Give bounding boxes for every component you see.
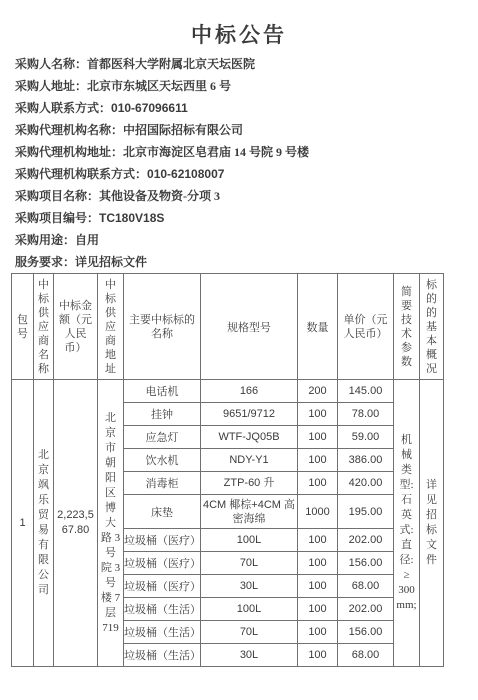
- purchase-use-value: 自用: [75, 233, 99, 247]
- supplier-name-cell: 北 京 飒 乐 贸 易 有 限 公 司: [34, 380, 54, 667]
- spec-cell: 30L: [201, 644, 298, 667]
- buyer-name-line: 采购人名称：首都医科大学附属北京天坛医院: [15, 53, 478, 75]
- service-requirements-line: 服务要求：详见招标文件: [15, 251, 478, 273]
- service-requirements-label: 服务要求：: [15, 255, 75, 269]
- announcement-page: 中标公告 采购人名称：首都医科大学附属北京天坛医院 采购人地址：北京市东城区天坛…: [0, 0, 478, 700]
- spec-cell: 166: [201, 380, 298, 403]
- price-cell: 195.00: [338, 495, 394, 529]
- price-cell: 145.00: [338, 380, 394, 403]
- col-header-quantity: 数量: [298, 274, 338, 380]
- buyer-contact-line: 采购人联系方式：010-67096611: [15, 97, 478, 119]
- buyer-address-value: 北京市东城区天坛西里 6 号: [87, 79, 231, 93]
- project-number-label: 采购项目编号：: [15, 211, 99, 225]
- col-header-item-name: 主要中标标的 名称: [124, 274, 201, 380]
- spec-cell: 100L: [201, 598, 298, 621]
- item-name-cell: 床垫: [124, 495, 201, 529]
- price-cell: 156.00: [338, 552, 394, 575]
- col-header-supplier-name: 中 标 供 应 商 名 称: [34, 274, 54, 380]
- item-name-cell: 垃圾桶（生活）: [124, 598, 201, 621]
- agency-contact-label: 采购代理机构联系方式：: [15, 167, 147, 181]
- project-name-value: 其他设备及物资-分项 3: [99, 189, 220, 203]
- qty-cell: 100: [298, 449, 338, 472]
- project-name-line: 采购项目名称：其他设备及物资-分项 3: [15, 185, 478, 207]
- tech-params-cell: 机 械 类 型: 石 英 式: 直 径: ≥ 300 mm;: [394, 380, 420, 667]
- project-number-value: TC180V18S: [99, 211, 164, 225]
- qty-cell: 100: [298, 403, 338, 426]
- price-cell: 68.00: [338, 575, 394, 598]
- buyer-address-line: 采购人地址：北京市东城区天坛西里 6 号: [15, 75, 478, 97]
- agency-address-line: 采购代理机构地址：北京市海淀区皂君庙 14 号院 9 号楼: [15, 141, 478, 163]
- item-name-cell: 垃圾桶（生活）: [124, 644, 201, 667]
- service-requirements-value: 详见招标文件: [75, 255, 147, 269]
- col-header-spec-model: 规格型号: [201, 274, 298, 380]
- agency-name-line: 采购代理机构名称：中招国际招标有限公司: [15, 119, 478, 141]
- qty-cell: 100: [298, 472, 338, 495]
- col-header-package-no: 包 号: [12, 274, 34, 380]
- purchase-use-line: 采购用途：自用: [15, 229, 478, 251]
- project-name-label: 采购项目名称：: [15, 189, 99, 203]
- agency-address-value: 北京市海淀区皂君庙 14 号院 9 号楼: [123, 145, 309, 159]
- overview-cell: 详 见 招 标 文 件: [420, 380, 444, 667]
- price-cell: 68.00: [338, 644, 394, 667]
- table-row: 1 北 京 飒 乐 贸 易 有 限 公 司 2,223,5 67.80 北 京 …: [12, 380, 444, 403]
- table-header-row: 包 号 中 标 供 应 商 名 称 中标金 额（元 人民 币） 中 标 供 应 …: [12, 274, 444, 380]
- agency-contact-line: 采购代理机构联系方式：010-62108007: [15, 163, 478, 185]
- qty-cell: 100: [298, 598, 338, 621]
- item-name-cell: 垃圾桶（医疗）: [124, 552, 201, 575]
- info-section: 采购人名称：首都医科大学附属北京天坛医院 采购人地址：北京市东城区天坛西里 6 …: [15, 53, 478, 273]
- buyer-contact-label: 采购人联系方式：: [15, 101, 111, 115]
- item-name-cell: 挂钟: [124, 403, 201, 426]
- spec-cell: WTF-JQ05B: [201, 426, 298, 449]
- spec-cell: 70L: [201, 552, 298, 575]
- spec-cell: 70L: [201, 621, 298, 644]
- spec-cell: 9651/9712: [201, 403, 298, 426]
- page-title: 中标公告: [0, 0, 478, 48]
- agency-contact-value: 010-62108007: [147, 167, 224, 181]
- spec-cell: 4CM 椰棕+4CM 高 密海绵: [201, 495, 298, 529]
- qty-cell: 100: [298, 621, 338, 644]
- item-name-cell: 饮水机: [124, 449, 201, 472]
- price-cell: 156.00: [338, 621, 394, 644]
- spec-cell: 30L: [201, 575, 298, 598]
- price-cell: 420.00: [338, 472, 394, 495]
- qty-cell: 1000: [298, 495, 338, 529]
- qty-cell: 100: [298, 552, 338, 575]
- qty-cell: 200: [298, 380, 338, 403]
- project-number-line: 采购项目编号：TC180V18S: [15, 207, 478, 229]
- item-name-cell: 垃圾桶（生活）: [124, 621, 201, 644]
- package-cell: 1: [12, 380, 34, 667]
- col-header-tech-params: 简 要 技 术 参 数: [394, 274, 420, 380]
- price-cell: 202.00: [338, 529, 394, 552]
- bid-amount-cell: 2,223,5 67.80: [54, 380, 98, 667]
- bid-result-table: 包 号 中 标 供 应 商 名 称 中标金 额（元 人民 币） 中 标 供 应 …: [11, 273, 444, 667]
- item-name-cell: 垃圾桶（医疗）: [124, 575, 201, 598]
- qty-cell: 100: [298, 426, 338, 449]
- buyer-name-label: 采购人名称：: [15, 57, 87, 71]
- agency-name-label: 采购代理机构名称：: [15, 123, 123, 137]
- agency-address-label: 采购代理机构地址：: [15, 145, 123, 159]
- price-cell: 386.00: [338, 449, 394, 472]
- purchase-use-label: 采购用途：: [15, 233, 75, 247]
- item-name-cell: 垃圾桶（医疗）: [124, 529, 201, 552]
- price-cell: 202.00: [338, 598, 394, 621]
- col-header-supplier-address: 中 标 供 应 商 地 址: [98, 274, 124, 380]
- agency-name-value: 中招国际招标有限公司: [123, 123, 243, 137]
- supplier-address-cell: 北 京 市 朝 阳 区 博 大 路 3 号 院 3 号 楼 7 层 719: [98, 380, 124, 667]
- spec-cell: ZTP-60 升: [201, 472, 298, 495]
- spec-cell: 100L: [201, 529, 298, 552]
- qty-cell: 100: [298, 529, 338, 552]
- spec-cell: NDY-Y1: [201, 449, 298, 472]
- buyer-contact-value: 010-67096611: [111, 101, 188, 115]
- item-name-cell: 消毒柜: [124, 472, 201, 495]
- buyer-address-label: 采购人地址：: [15, 79, 87, 93]
- qty-cell: 100: [298, 644, 338, 667]
- col-header-overview: 标 的 的 基 本 概 况: [420, 274, 444, 380]
- qty-cell: 100: [298, 575, 338, 598]
- col-header-unit-price: 单价（元 人民币）: [338, 274, 394, 380]
- buyer-name-value: 首都医科大学附属北京天坛医院: [87, 57, 255, 71]
- item-name-cell: 电话机: [124, 380, 201, 403]
- price-cell: 59.00: [338, 426, 394, 449]
- col-header-bid-amount: 中标金 额（元 人民 币）: [54, 274, 98, 380]
- price-cell: 78.00: [338, 403, 394, 426]
- item-name-cell: 应急灯: [124, 426, 201, 449]
